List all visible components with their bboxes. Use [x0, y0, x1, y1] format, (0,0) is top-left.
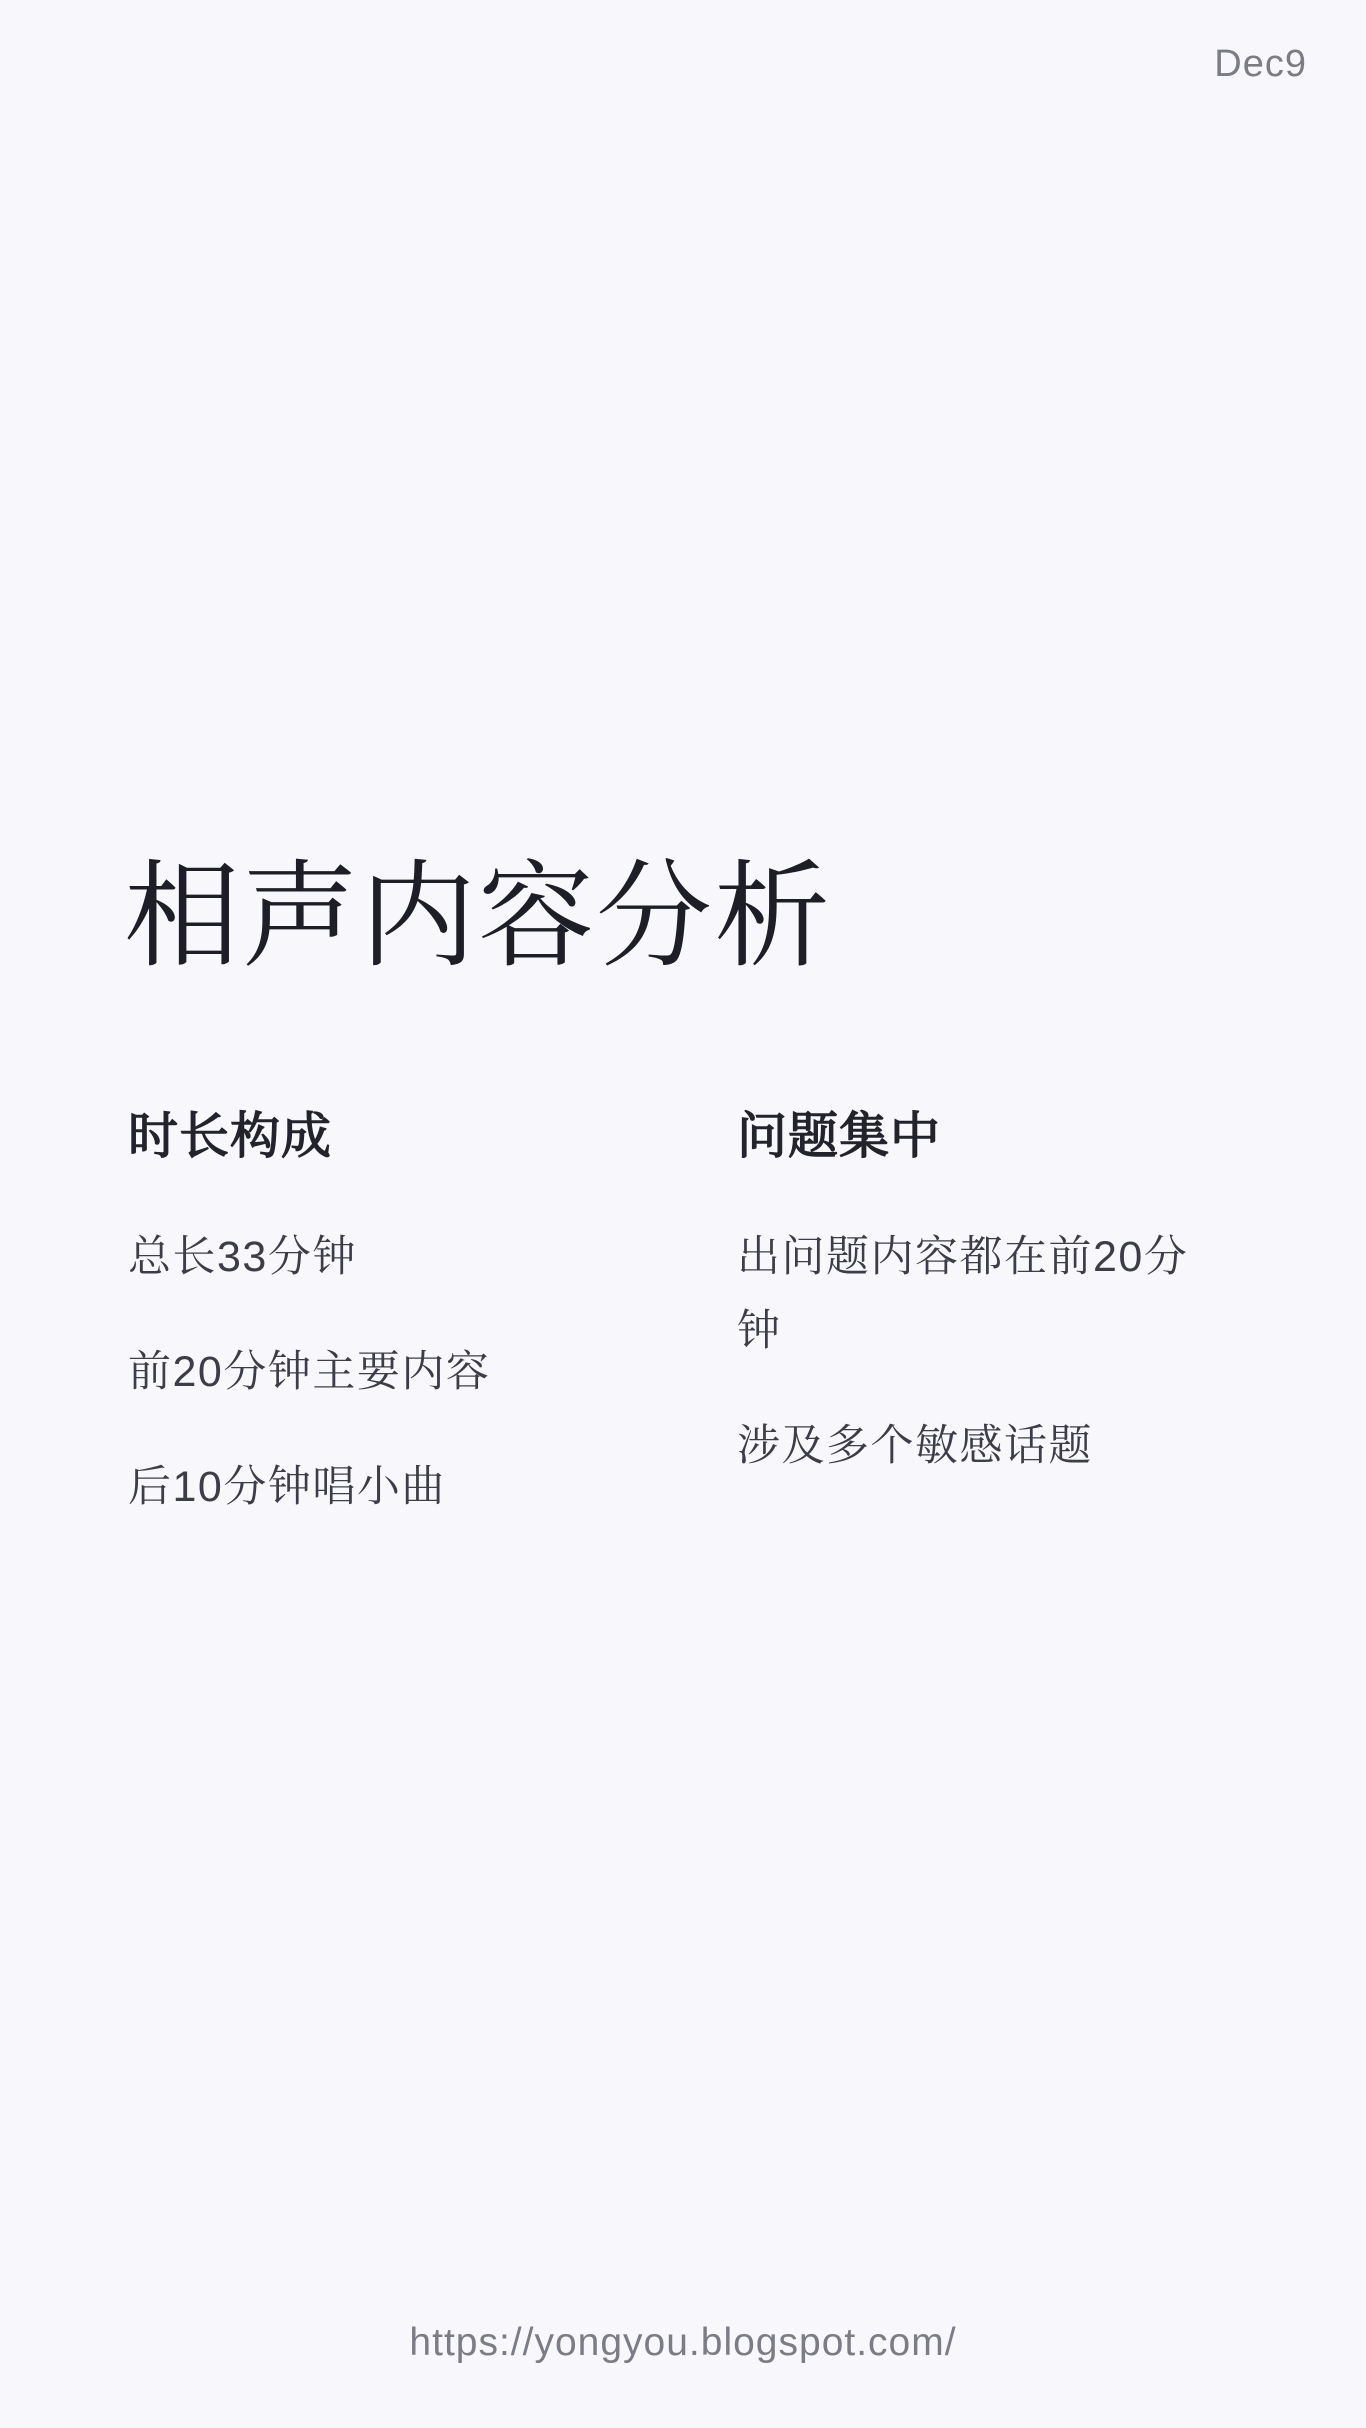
slide-page: Dec9 相声内容分析 时长构成 总长33分钟 前20分钟主要内容 后10分钟唱…: [0, 0, 1366, 2428]
date-label: Dec9: [1214, 42, 1307, 88]
problems-item-first-20-min: 出问题内容都在前20分 钟: [737, 1220, 1198, 1368]
duration-item-singing: 后10分钟唱小曲: [128, 1450, 589, 1524]
content-columns: 时长构成 总长33分钟 前20分钟主要内容 后10分钟唱小曲 问题集中 出问题内…: [128, 1106, 1198, 1565]
column-problems: 问题集中 出问题内容都在前20分 钟 涉及多个敏感话题: [737, 1106, 1198, 1565]
column-duration: 时长构成 总长33分钟 前20分钟主要内容 后10分钟唱小曲: [128, 1106, 589, 1565]
footer-url: https://yongyou.blogspot.com/: [0, 2320, 1366, 2367]
duration-item-main-content: 前20分钟主要内容: [128, 1335, 589, 1409]
column-heading-problems: 问题集中: [737, 1106, 1198, 1166]
column-heading-duration: 时长构成: [128, 1106, 589, 1166]
problems-item-sensitive-topics: 涉及多个敏感话题: [737, 1409, 1198, 1483]
duration-item-total-length: 总长33分钟: [128, 1220, 589, 1294]
page-title: 相声内容分析: [124, 858, 832, 974]
